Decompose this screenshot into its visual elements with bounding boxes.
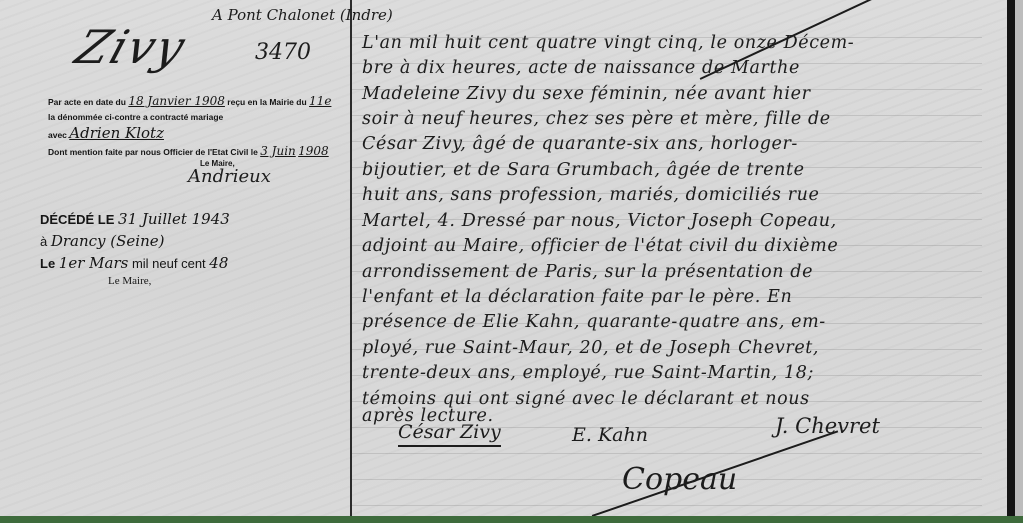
binding-edge (1007, 0, 1015, 516)
body-line-9: adjoint au Maire, officier de l'état civ… (362, 236, 838, 256)
body-line-10: arrondissement de Paris, sur la présenta… (362, 262, 813, 282)
body-line-4: soir à neuf heures, chez ses père et mèr… (362, 109, 831, 129)
spouse-name: Adrien Klotz (69, 124, 164, 142)
body-line-12: présence de Elie Kahn, quarante-quatre a… (362, 312, 826, 332)
maire-label-2: Le Maire, (108, 275, 151, 287)
body-line-7: huit ans, sans profession, mariés, domic… (362, 185, 819, 205)
place-label: à (40, 234, 47, 249)
signature-officer: Copeau (622, 462, 737, 497)
mention-date: 3 Juin (260, 144, 296, 158)
margin-surname: Zivy (69, 20, 193, 74)
marriage-mention-line-1: Par acte en date du 18 Janvier 1908 reçu… (48, 94, 331, 108)
death-date-line: DÉCÉDÉ LE 31 Juillet 1943 (40, 210, 230, 228)
death-place-line: à Drancy (Seine) (40, 232, 165, 250)
body-line-8: Martel, 4. Dressé par nous, Victor Josep… (362, 211, 837, 231)
year-label: mil neuf cent (132, 256, 206, 271)
signature-father: César Zivy (398, 421, 501, 447)
body-line-14: trente-deux ans, employé, rue Saint-Mart… (362, 363, 814, 383)
death-record-date-line: Le 1er Mars mil neuf cent 48 (40, 254, 228, 272)
death-date: 31 Juillet 1943 (118, 210, 230, 228)
birthplace-note: A Pont Chalonet (Indre) (212, 6, 393, 24)
deceased-label: DÉCÉDÉ LE (40, 212, 114, 227)
marriage-date: 18 Janvier 1908 (128, 94, 225, 108)
body-line-3: Madeleine Zivy du sexe féminin, née avan… (362, 84, 811, 104)
maire-signature-1: Andrieux (188, 166, 271, 187)
register-page: Zivy 3470 A Pont Chalonet (Indre) Par ac… (0, 0, 1023, 516)
body-line-1: L'an mil huit cent quatre vingt cinq, le… (362, 33, 854, 53)
le-label: Le (40, 256, 55, 271)
viewer-frame-bar (0, 516, 1023, 523)
death-record-year: 48 (209, 254, 228, 272)
marriage-arrondissement: 11e (309, 94, 331, 108)
body-line-5: César Zivy, âgé de quarante-six ans, hor… (362, 134, 798, 154)
adjacent-page-edge (1015, 0, 1023, 516)
margin-divider (350, 0, 352, 516)
mention-label: Dont mention faite par nous Officier de … (48, 147, 258, 157)
marriage-mention-line-3: avec Adrien Klotz (48, 124, 164, 142)
signature-witness-1: E. Kahn (572, 424, 648, 446)
body-line-6: bijoutier, et de Sara Grumbach, âgée de … (362, 160, 805, 180)
marriage-mention-line-4: Dont mention faite par nous Officier de … (48, 144, 329, 158)
record-number: 3470 (255, 40, 311, 65)
body-line-13: ployé, rue Saint-Maur, 20, et de Joseph … (362, 338, 819, 358)
body-line-11: l'enfant et la déclaration faite par le … (362, 287, 792, 307)
marriage-date-label: Par acte en date du (48, 97, 126, 107)
death-record-date: 1er Mars (59, 254, 129, 272)
mairie-label: reçu en la Mairie du (227, 97, 306, 107)
death-place: Drancy (Seine) (51, 232, 165, 250)
avec-label: avec (48, 130, 67, 140)
marriage-mention-line-2: la dénommée ci-contre a contracté mariag… (48, 112, 223, 122)
mention-year: 1908 (298, 144, 329, 158)
